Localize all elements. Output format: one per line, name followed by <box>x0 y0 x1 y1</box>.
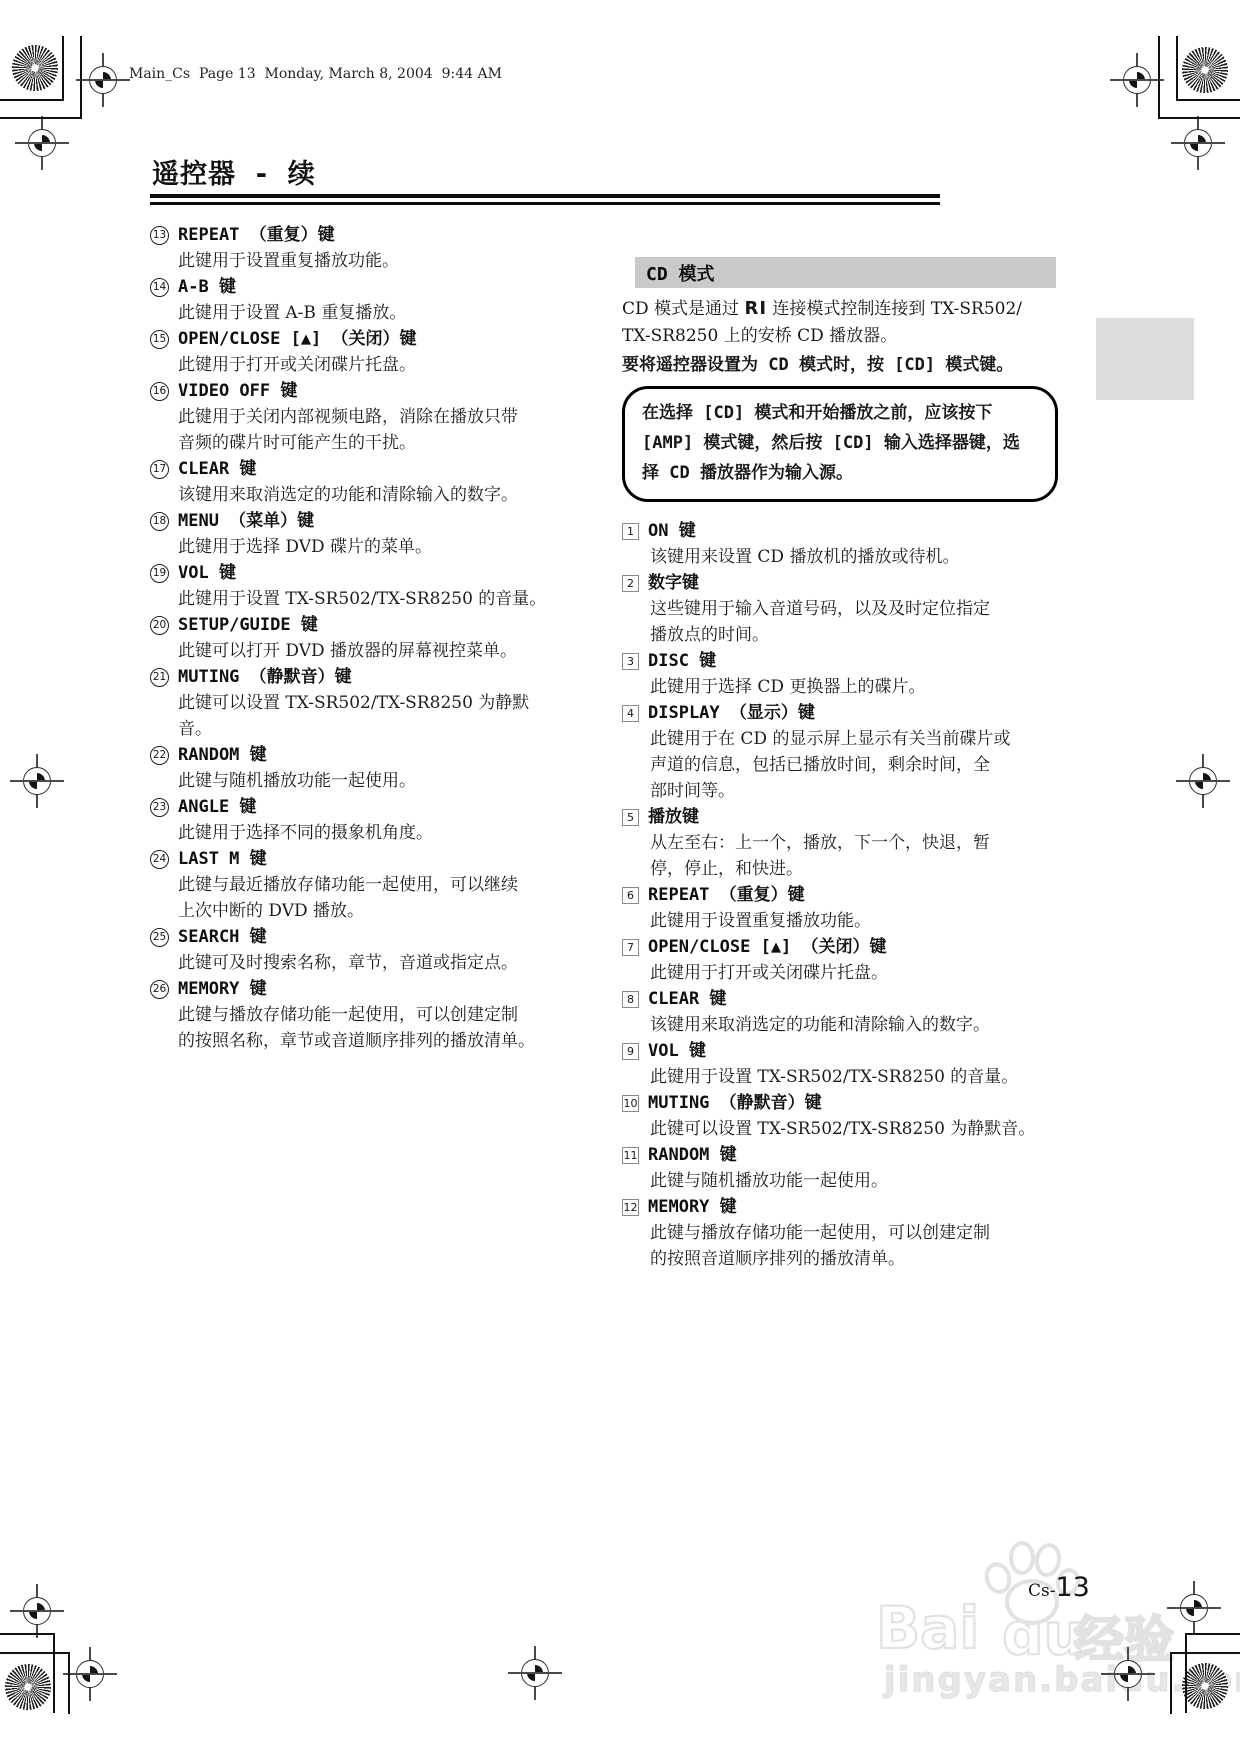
key-description: 从左至右：上一个，播放，下一个，快退，暂 停，停止，和快进。 <box>650 830 1072 882</box>
key-description: 此键与播放存储功能一起使用，可以创建定制 的按照音道顺序排列的播放清单。 <box>650 1220 1072 1272</box>
circled-number-badge: 17 <box>150 460 169 479</box>
list-item: 20 SETUP/GUIDE 键 此键可以打开 DVD 播放器的屏幕视控菜单。 <box>150 612 550 664</box>
key-name-label: MENU （菜单）键 <box>178 508 314 534</box>
circled-number-badge: 16 <box>150 382 169 401</box>
registration-mark-icon <box>15 116 69 170</box>
key-description: 此键用于打开或关闭碟片托盘。 <box>650 960 1072 986</box>
list-item: 14 A-B 键 此键用于设置 A-B 重复播放。 <box>150 274 550 326</box>
right-column-cd-key-list: 1 ON 键 该键用来设置 CD 播放机的播放或待机。 2 数字键 这些键用于输… <box>622 518 1072 1272</box>
circled-number-badge: 18 <box>150 512 169 531</box>
crop-mark-line <box>0 1633 55 1635</box>
print-job-header: Main_Cs Page 13 Monday, March 8, 2004 9:… <box>129 66 502 82</box>
list-item: 8 CLEAR 键 该键用来取消选定的功能和清除输入的数字。 <box>622 986 1072 1038</box>
list-item-header: 10 MUTING （静默音）键 <box>622 1090 1072 1116</box>
circled-number-badge: 25 <box>150 928 169 947</box>
cd-mode-section-header: CD 模式 <box>635 257 1056 288</box>
list-item-header: 4 DISPLAY （显示）键 <box>622 700 1072 726</box>
list-item: 12 MEMORY 键 此键与播放存储功能一起使用，可以创建定制 的按照音道顺序… <box>622 1194 1072 1272</box>
list-item-header: 23 ANGLE 键 <box>150 794 550 820</box>
crop-mark-line <box>68 1652 70 1714</box>
crop-mark-line <box>1176 99 1240 101</box>
key-description: 该键用来设置 CD 播放机的播放或待机。 <box>650 544 1072 570</box>
list-item-header: 18 MENU （菜单）键 <box>150 508 550 534</box>
crop-mark-line <box>1185 1633 1240 1635</box>
list-item-header: 1 ON 键 <box>622 518 1072 544</box>
crop-mark-line <box>1170 1652 1240 1654</box>
key-description: 此键与随机播放功能一起使用。 <box>650 1168 1072 1194</box>
list-item-header: 19 VOL 键 <box>150 560 550 586</box>
list-item: 22 RANDOM 键 此键与随机播放功能一起使用。 <box>150 742 550 794</box>
page-title: 遥控器 - 续 <box>152 152 316 191</box>
squared-number-badge: 12 <box>622 1199 639 1216</box>
key-description: 该键用来取消选定的功能和清除输入的数字。 <box>178 482 550 508</box>
circled-number-badge: 26 <box>150 980 169 999</box>
crop-mark-line <box>53 1633 55 1713</box>
key-name-label: RANDOM 键 <box>648 1142 737 1168</box>
list-item: 19 VOL 键 此键用于设置 TX-SR502/TX-SR8250 的音量。 <box>150 560 550 612</box>
key-name-label: A-B 键 <box>178 274 236 300</box>
list-item: 16 VIDEO OFF 键 此键用于关闭内部视频电路，消除在播放只带 音频的碟… <box>150 378 550 456</box>
note-box-text: 在选择 [CD] 模式和开始播放之前，应该按下 [AMP] 模式键，然后按 [C… <box>642 398 1038 488</box>
starburst-mark-icon <box>1182 1663 1228 1709</box>
key-name-label: OPEN/CLOSE [▲] （关闭）键 <box>178 326 417 352</box>
list-item: 26 MEMORY 键 此键与播放存储功能一起使用，可以创建定制 的按照名称，章… <box>150 976 550 1054</box>
list-item-header: 25 SEARCH 键 <box>150 924 550 950</box>
key-description: 此键用于选择 CD 更换器上的碟片。 <box>650 674 1072 700</box>
key-description: 此键用于打开或关闭碟片托盘。 <box>178 352 550 378</box>
key-name-label: REPEAT （重复）键 <box>648 882 805 908</box>
squared-number-badge: 2 <box>622 575 639 592</box>
title-rule-top <box>150 194 940 198</box>
key-name-label: MUTING （静默音）键 <box>178 664 352 690</box>
crop-mark-line <box>1158 117 1240 119</box>
circled-number-badge: 14 <box>150 278 169 297</box>
list-item: 9 VOL 键 此键用于设置 TX-SR502/TX-SR8250 的音量。 <box>622 1038 1072 1090</box>
list-item-header: 26 MEMORY 键 <box>150 976 550 1002</box>
list-item-header: 15 OPEN/CLOSE [▲] （关闭）键 <box>150 326 550 352</box>
registration-mark-icon <box>1101 1647 1155 1701</box>
crop-mark-line <box>1170 1652 1172 1714</box>
key-description: 此键用于选择不同的摄象机角度。 <box>178 820 550 846</box>
circled-number-badge: 19 <box>150 564 169 583</box>
key-name-label: 数字键 <box>648 570 699 596</box>
key-description: 此键可以打开 DVD 播放器的屏幕视控菜单。 <box>178 638 550 664</box>
list-item: 24 LAST M 键 此键与最近播放存储功能一起使用，可以继续 上次中断的 D… <box>150 846 550 924</box>
crop-mark-line <box>0 99 64 101</box>
list-item-header: 2 数字键 <box>622 570 1072 596</box>
list-item: 18 MENU （菜单）键 此键用于选择 DVD 碟片的菜单。 <box>150 508 550 560</box>
key-name-label: MEMORY 键 <box>648 1194 737 1220</box>
list-item-header: 5 播放键 <box>622 804 1072 830</box>
left-column-key-list: 13 REPEAT （重复）键 此键用于设置重复播放功能。 14 A-B 键 此… <box>150 222 550 1054</box>
key-description: 此键与播放存储功能一起使用，可以创建定制 的按照名称，章节或音道顺序排列的播放清… <box>178 1002 550 1054</box>
list-item: 4 DISPLAY （显示）键 此键用于在 CD 的显示屏上显示有关当前碟片或 … <box>622 700 1072 804</box>
circled-number-badge: 15 <box>150 330 169 349</box>
cd-mode-intro: CD 模式是通过 RI 连接模式控制连接到 TX-SR502/ TX-SR825… <box>622 295 1022 350</box>
key-name-label: OPEN/CLOSE [▲] （关闭）键 <box>648 934 887 960</box>
key-name-label: CLEAR 键 <box>178 456 256 482</box>
key-name-label: DISPLAY （显示）键 <box>648 700 815 726</box>
key-description: 此键与最近播放存储功能一起使用，可以继续 上次中断的 DVD 播放。 <box>178 872 550 924</box>
key-description: 此键可以设置 TX-SR502/TX-SR8250 为静默音。 <box>178 690 550 742</box>
list-item-header: 12 MEMORY 键 <box>622 1194 1072 1220</box>
key-description: 这些键用于输入音道号码，以及及时定位指定 播放点的时间。 <box>650 596 1072 648</box>
squared-number-badge: 10 <box>622 1095 639 1112</box>
key-name-label: DISC 键 <box>648 648 716 674</box>
registration-mark-icon <box>508 1646 562 1700</box>
key-name-label: SEARCH 键 <box>178 924 267 950</box>
cd-intro-text-pre: CD 模式是通过 <box>622 299 744 319</box>
key-name-label: ANGLE 键 <box>178 794 256 820</box>
key-description: 此键用于选择 DVD 碟片的菜单。 <box>178 534 550 560</box>
key-name-label: ON 键 <box>648 518 696 544</box>
key-name-label: CLEAR 键 <box>648 986 726 1012</box>
list-item: 1 ON 键 该键用来设置 CD 播放机的播放或待机。 <box>622 518 1072 570</box>
cd-set-mode-instruction: 要将遥控器设置为 CD 模式时，按 [CD] 模式键。 <box>622 352 1013 379</box>
circled-number-badge: 21 <box>150 668 169 687</box>
list-item: 5 播放键 从左至右：上一个，播放，下一个，快退，暂 停，停止，和快进。 <box>622 804 1072 882</box>
key-name-label: VIDEO OFF 键 <box>178 378 297 404</box>
list-item-header: 13 REPEAT （重复）键 <box>150 222 550 248</box>
key-name-label: VOL 键 <box>178 560 236 586</box>
starburst-mark-icon <box>5 1664 51 1710</box>
list-item-header: 24 LAST M 键 <box>150 846 550 872</box>
page-number: Cs- 13 <box>1028 1572 1090 1603</box>
squared-number-badge: 11 <box>622 1147 639 1164</box>
registration-mark-icon <box>10 754 64 808</box>
registration-mark-icon <box>1176 754 1230 808</box>
key-name-label: LAST M 键 <box>178 846 267 872</box>
registration-mark-icon <box>1167 1581 1221 1635</box>
key-name-label: 播放键 <box>648 804 699 830</box>
page-number-prefix: Cs- <box>1028 1581 1055 1601</box>
key-description: 此键可及时搜索名称，章节，音道或指定点。 <box>178 950 550 976</box>
starburst-mark-icon <box>12 45 58 91</box>
list-item-header: 21 MUTING （静默音）键 <box>150 664 550 690</box>
squared-number-badge: 4 <box>622 705 639 722</box>
registration-mark-icon <box>1171 116 1225 170</box>
list-item: 10 MUTING （静默音）键 此键可以设置 TX-SR502/TX-SR82… <box>622 1090 1072 1142</box>
note-box: 在选择 [CD] 模式和开始播放之前，应该按下 [AMP] 模式键，然后按 [C… <box>622 386 1058 502</box>
list-item: 6 REPEAT （重复）键 此键用于设置重复播放功能。 <box>622 882 1072 934</box>
list-item-header: 7 OPEN/CLOSE [▲] （关闭）键 <box>622 934 1072 960</box>
squared-number-badge: 3 <box>622 653 639 670</box>
crop-mark-line <box>0 117 82 119</box>
list-item: 13 REPEAT （重复）键 此键用于设置重复播放功能。 <box>150 222 550 274</box>
list-item-header: 3 DISC 键 <box>622 648 1072 674</box>
crop-mark-line <box>1185 1633 1187 1713</box>
key-description: 此键可以设置 TX-SR502/TX-SR8250 为静默音。 <box>650 1116 1072 1142</box>
key-name-label: SETUP/GUIDE 键 <box>178 612 318 638</box>
list-item-header: 8 CLEAR 键 <box>622 986 1072 1012</box>
squared-number-badge: 6 <box>622 887 639 904</box>
circled-number-badge: 22 <box>150 746 169 765</box>
list-item-header: 20 SETUP/GUIDE 键 <box>150 612 550 638</box>
scanned-manual-page: Main_Cs Page 13 Monday, March 8, 2004 9:… <box>0 0 1240 1754</box>
list-item: 3 DISC 键 此键用于选择 CD 更换器上的碟片。 <box>622 648 1072 700</box>
key-name-label: VOL 键 <box>648 1038 706 1064</box>
key-name-label: MUTING （静默音）键 <box>648 1090 822 1116</box>
key-description: 此键用于设置 TX-SR502/TX-SR8250 的音量。 <box>178 586 550 612</box>
list-item: 17 CLEAR 键 该键用来取消选定的功能和清除输入的数字。 <box>150 456 550 508</box>
crop-mark-line <box>1158 36 1160 119</box>
crop-mark-line <box>62 36 64 101</box>
key-description: 此键用于设置 TX-SR502/TX-SR8250 的音量。 <box>650 1064 1072 1090</box>
key-description: 此键与随机播放功能一起使用。 <box>178 768 550 794</box>
cd-mode-section-title: CD 模式 <box>646 260 715 286</box>
circled-number-badge: 23 <box>150 798 169 817</box>
list-item: 2 数字键 这些键用于输入音道号码，以及及时定位指定 播放点的时间。 <box>622 570 1072 648</box>
list-item-header: 17 CLEAR 键 <box>150 456 550 482</box>
list-item-header: 11 RANDOM 键 <box>622 1142 1072 1168</box>
list-item-header: 16 VIDEO OFF 键 <box>150 378 550 404</box>
title-rule-bottom <box>150 202 940 205</box>
key-description: 此键用于设置 A-B 重复播放。 <box>178 300 550 326</box>
list-item: 11 RANDOM 键 此键与随机播放功能一起使用。 <box>622 1142 1072 1194</box>
circled-number-badge: 24 <box>150 850 169 869</box>
squared-number-badge: 7 <box>622 939 639 956</box>
list-item: 21 MUTING （静默音）键 此键可以设置 TX-SR502/TX-SR82… <box>150 664 550 742</box>
squared-number-badge: 8 <box>622 991 639 1008</box>
list-item-header: 9 VOL 键 <box>622 1038 1072 1064</box>
crop-mark-line <box>0 1652 70 1654</box>
key-description: 此键用于设置重复播放功能。 <box>650 908 1072 934</box>
registration-mark-icon <box>76 53 130 107</box>
list-item: 25 SEARCH 键 此键可及时搜索名称，章节，音道或指定点。 <box>150 924 550 976</box>
key-name-label: REPEAT （重复）键 <box>178 222 335 248</box>
list-item: 15 OPEN/CLOSE [▲] （关闭）键 此键用于打开或关闭碟片托盘。 <box>150 326 550 378</box>
registration-mark-icon <box>10 1584 64 1638</box>
registration-mark-icon <box>1110 53 1164 107</box>
key-description: 此键用于在 CD 的显示屏上显示有关当前碟片或 声道的信息，包括已播放时间，剩余… <box>650 726 1072 804</box>
list-item-header: 22 RANDOM 键 <box>150 742 550 768</box>
circled-number-badge: 20 <box>150 616 169 635</box>
list-item-header: 6 REPEAT （重复）键 <box>622 882 1072 908</box>
starburst-mark-icon <box>1182 47 1228 93</box>
key-description: 该键用来取消选定的功能和清除输入的数字。 <box>650 1012 1072 1038</box>
list-item: 7 OPEN/CLOSE [▲] （关闭）键 此键用于打开或关闭碟片托盘。 <box>622 934 1072 986</box>
squared-number-badge: 5 <box>622 809 639 826</box>
circled-number-badge: 13 <box>150 226 169 245</box>
key-name-label: RANDOM 键 <box>178 742 267 768</box>
registration-mark-icon <box>63 1647 117 1701</box>
key-description: 此键用于关闭内部视频电路，消除在播放只带 音频的碟片时可能产生的干扰。 <box>178 404 550 456</box>
crop-mark-line <box>80 36 82 119</box>
squared-number-badge: 9 <box>622 1043 639 1060</box>
list-item-header: 14 A-B 键 <box>150 274 550 300</box>
squared-number-badge: 1 <box>622 523 639 540</box>
crop-mark-line <box>1176 36 1178 101</box>
list-item: 23 ANGLE 键 此键用于选择不同的摄象机角度。 <box>150 794 550 846</box>
ri-logo: RI <box>744 298 767 319</box>
page-edge-tab <box>1096 318 1194 400</box>
page-number-value: 13 <box>1055 1572 1089 1603</box>
key-description: 此键用于设置重复播放功能。 <box>178 248 550 274</box>
watermark-word-bai: Bai <box>876 1594 979 1662</box>
key-name-label: MEMORY 键 <box>178 976 267 1002</box>
